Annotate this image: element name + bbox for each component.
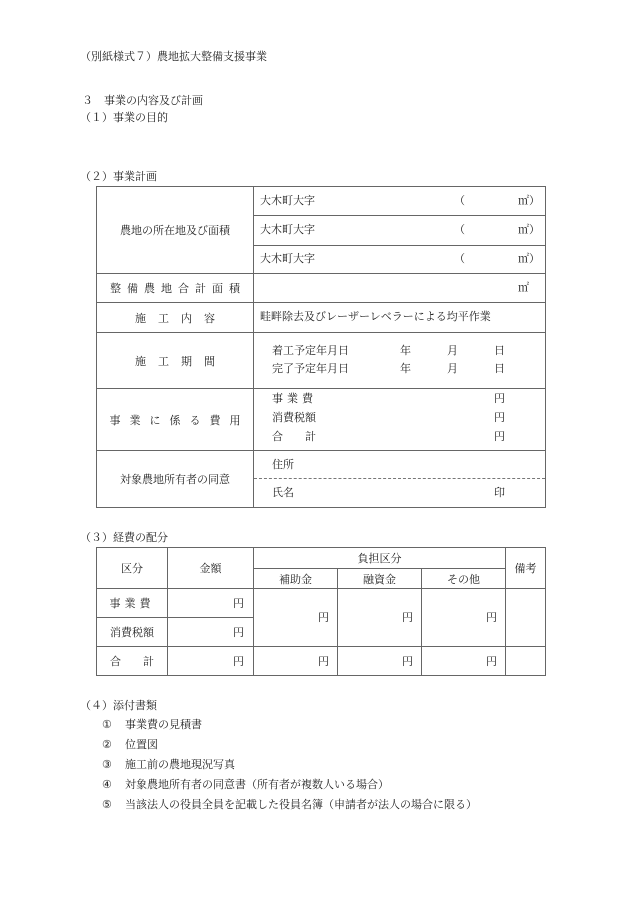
total-subsidy-unit: 円 (318, 655, 329, 669)
consent-name-field[interactable] (300, 484, 480, 502)
attachment-num-3: ③ (102, 758, 112, 772)
section-4-attachments: （４）添付書類 (80, 699, 157, 713)
location-open-2: （ (454, 223, 465, 237)
row-total: 合 計 (97, 647, 167, 675)
section-2-plan: （２）事業計画 (80, 170, 157, 184)
attachment-num-1: ① (102, 718, 112, 732)
header-remarks: 備考 (506, 548, 545, 588)
amount-total-unit: 円 (233, 655, 244, 669)
header-other: その他 (422, 569, 505, 588)
row-tax: 消費税額 (97, 618, 167, 646)
location-place-1: 大木町大字 (260, 194, 315, 208)
section-1-purpose: （１）事業の目的 (80, 111, 168, 125)
cost-label: 事業に係る費用 (97, 389, 253, 450)
header-burden: 負担区分 (254, 548, 505, 568)
header-amount: 金額 (168, 548, 253, 588)
location-unit-2: ㎡） (518, 223, 540, 237)
row-project-cost: 事業費 (97, 589, 167, 617)
attachment-text-4: 対象農地所有者の同意書（所有者が複数人いる場合） (125, 778, 389, 792)
cost-project-label: 事業費 (272, 392, 317, 406)
attachment-num-2: ② (102, 738, 112, 752)
total-area-unit: ㎡ (518, 281, 529, 295)
location-area-input-2[interactable] (475, 221, 515, 237)
section-3-title: ３ 事業の内容及び計画 (82, 94, 203, 108)
cost-tax-label: 消費税額 (272, 411, 316, 425)
work-content-value: 畦畔除去及びレーザーレベラーによる均平作業 (260, 310, 491, 324)
cost-total-label: 合 計 (272, 430, 316, 444)
attachment-num-4: ④ (102, 778, 112, 792)
consent-label: 対象農地所有者の同意 (97, 451, 253, 507)
consent-name-label: 氏名 (272, 486, 294, 500)
consent-seal: 印 (494, 486, 505, 500)
start-date-label: 着工予定年月日 (272, 344, 349, 358)
location-unit-3: ㎡） (518, 252, 540, 266)
burden-other-unit: 円 (486, 611, 497, 625)
location-open-3: （ (454, 252, 465, 266)
burden-loan-unit: 円 (402, 611, 413, 625)
attachment-text-3: 施工前の農地現況写真 (125, 758, 235, 772)
start-day: 日 (494, 344, 505, 358)
attachment-text-1: 事業費の見積書 (125, 718, 202, 732)
header-category: 区分 (97, 548, 167, 588)
total-other-unit: 円 (486, 655, 497, 669)
amount-tax-unit: 円 (233, 626, 244, 640)
total-area-label: 整備農地合計面積 (97, 274, 253, 302)
header-loan: 融資金 (338, 569, 421, 588)
attachment-text-5: 当該法人の役員全員を記載した役員名簿（申請者が法人の場合に限る） (125, 798, 477, 812)
consent-address-label: 住所 (272, 458, 294, 472)
attachment-text-2: 位置図 (125, 738, 158, 752)
amount-project-unit: 円 (233, 597, 244, 611)
location-place-2: 大木町大字 (260, 223, 315, 237)
burden-subsidy-unit: 円 (318, 611, 329, 625)
location-unit-1: ㎡） (518, 194, 540, 208)
location-open-1: （ (454, 194, 465, 208)
consent-address-field[interactable] (300, 456, 540, 474)
total-loan-unit: 円 (402, 655, 413, 669)
header-subsidy: 補助金 (254, 569, 337, 588)
end-day: 日 (494, 362, 505, 376)
cost-total-unit: 円 (494, 430, 505, 444)
cost-tax-unit: 円 (494, 411, 505, 425)
end-month: 月 (447, 362, 458, 376)
section-3-cost: （３）経費の配分 (80, 531, 168, 545)
location-area-input-3[interactable] (475, 250, 515, 266)
location-place-3: 大木町大字 (260, 252, 315, 266)
end-date-label: 完了予定年月日 (272, 362, 349, 376)
start-year: 年 (400, 344, 411, 358)
start-month: 月 (447, 344, 458, 358)
end-year: 年 (400, 362, 411, 376)
form-title: （別紙様式７）農地拡大整備支援事業 (80, 50, 267, 64)
location-area-input-1[interactable] (475, 192, 515, 208)
period-label: 施工期間 (97, 333, 253, 388)
location-label: 農地の所在地及び面積 (97, 187, 253, 273)
work-content-label: 施工内容 (97, 303, 253, 332)
attachment-num-5: ⑤ (102, 798, 112, 812)
cost-project-unit: 円 (494, 392, 505, 406)
